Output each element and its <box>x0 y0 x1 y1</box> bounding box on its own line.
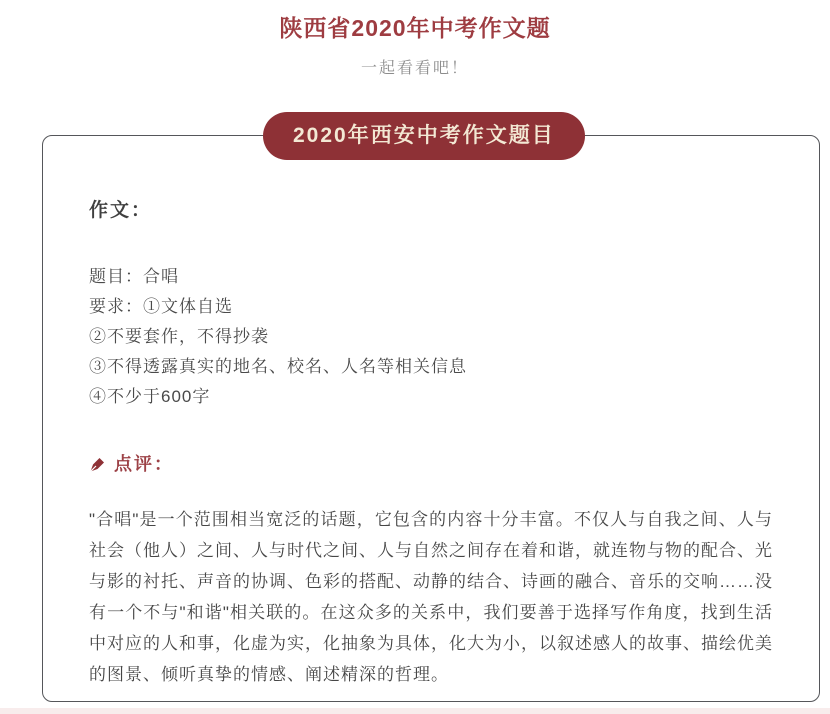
essay-card: 2020年西安中考作文题目 作文： 题目：合唱 要求：①文体自选 ②不要套作，不… <box>42 135 820 702</box>
comment-label: 点评： <box>114 452 174 476</box>
pen-nib-icon <box>89 456 106 473</box>
prompt-line-requirement-3: ③不得透露真实的地名、校名、人名等相关信息 <box>89 352 773 382</box>
prompt-line-requirement-4: ④不少于600字 <box>89 382 773 412</box>
essay-section-label: 作文： <box>89 198 773 224</box>
bottom-edge-band <box>0 708 830 714</box>
prompt-line-title: 题目：合唱 <box>89 262 773 292</box>
comment-text: "合唱"是一个范围相当宽泛的话题，它包含的内容十分丰富。不仅人与自我之间、人与社… <box>89 504 773 690</box>
comment-header: 点评： <box>89 452 773 476</box>
prompt-line-requirement-2: ②不要套作，不得抄袭 <box>89 322 773 352</box>
page-subtitle: 一起看看吧！ <box>0 58 830 80</box>
card-badge: 2020年西安中考作文题目 <box>263 112 585 160</box>
prompt-line-requirement-1: 要求：①文体自选 <box>89 292 773 322</box>
page-title: 陕西省2020年中考作文题 <box>0 13 830 43</box>
essay-prompt: 题目：合唱 要求：①文体自选 ②不要套作，不得抄袭 ③不得透露真实的地名、校名、… <box>89 262 773 412</box>
